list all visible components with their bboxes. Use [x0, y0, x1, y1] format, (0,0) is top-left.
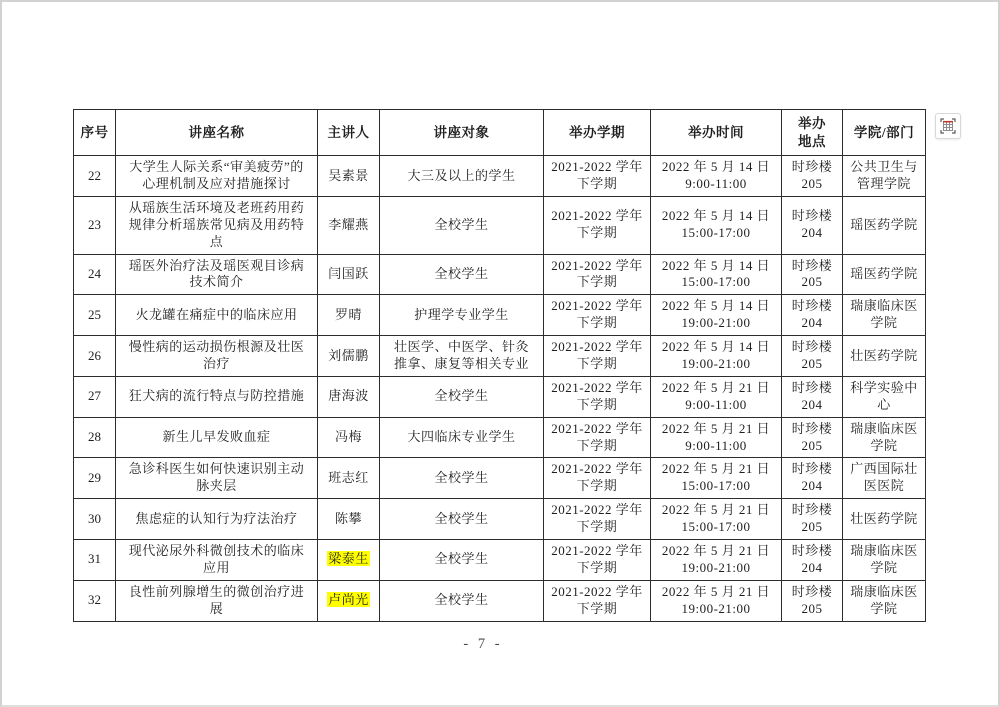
- speaker-name: 梁泰生: [327, 551, 370, 566]
- cell-semester: 2021-2022 学年 下学期: [544, 458, 651, 499]
- cell-time: 2022 年 5 月 14 日 15:00-17:00: [651, 254, 782, 295]
- header-time: 举办时间: [651, 110, 782, 156]
- header-semester: 举办学期: [544, 110, 651, 156]
- cell-speaker: 梁泰生: [318, 540, 380, 581]
- cell-speaker: 唐海波: [318, 376, 380, 417]
- cell-college: 广西国际壮 医医院: [843, 458, 926, 499]
- cell-time: 2022 年 5 月 21 日 15:00-17:00: [651, 458, 782, 499]
- cell-no: 31: [74, 540, 116, 581]
- cell-title: 急诊科医生如何快速识别主动 脉夹层: [116, 458, 318, 499]
- speaker-name: 卢尚光: [327, 592, 370, 607]
- cell-location: 时珍楼 205: [782, 417, 843, 458]
- document-page: 序号 讲座名称 主讲人 讲座对象 举办学期 举办时间 举办 地点 学院/部门 2…: [0, 0, 1000, 707]
- table-row: 22大学生人际关系“审美疲劳”的 心理机制及应对措施探讨吴素景大三及以上的学生2…: [74, 156, 926, 197]
- header-row: 序号 讲座名称 主讲人 讲座对象 举办学期 举办时间 举办 地点 学院/部门: [74, 110, 926, 156]
- cell-audience: 全校学生: [380, 254, 544, 295]
- header-college: 学院/部门: [843, 110, 926, 156]
- cell-location: 时珍楼 205: [782, 156, 843, 197]
- cell-time: 2022 年 5 月 21 日 19:00-21:00: [651, 540, 782, 581]
- header-no: 序号: [74, 110, 116, 156]
- cell-audience: 护理学专业学生: [380, 295, 544, 336]
- cell-audience: 全校学生: [380, 196, 544, 254]
- cell-no: 32: [74, 580, 116, 621]
- cell-college: 壮医药学院: [843, 336, 926, 377]
- header-title: 讲座名称: [116, 110, 318, 156]
- cell-no: 24: [74, 254, 116, 295]
- cell-speaker: 卢尚光: [318, 580, 380, 621]
- table-row: 25火龙罐在痛症中的临床应用罗晴护理学专业学生2021-2022 学年 下学期2…: [74, 295, 926, 336]
- cell-title: 焦虑症的认知行为疗法治疗: [116, 499, 318, 540]
- cell-location: 时珍楼 204: [782, 196, 843, 254]
- cell-location: 时珍楼 205: [782, 254, 843, 295]
- table-row: 24瑶医外治疗法及瑶医观目诊病 技术简介闫国跃全校学生2021-2022 学年 …: [74, 254, 926, 295]
- cell-location: 时珍楼 205: [782, 580, 843, 621]
- cell-college: 壮医药学院: [843, 499, 926, 540]
- table-row: 29急诊科医生如何快速识别主动 脉夹层班志红全校学生2021-2022 学年 下…: [74, 458, 926, 499]
- cell-title: 大学生人际关系“审美疲劳”的 心理机制及应对措施探讨: [116, 156, 318, 197]
- cell-college: 科学实验中 心: [843, 376, 926, 417]
- cell-location: 时珍楼 204: [782, 540, 843, 581]
- table-row: 30焦虑症的认知行为疗法治疗陈攀全校学生2021-2022 学年 下学期2022…: [74, 499, 926, 540]
- lecture-table-body: 22大学生人际关系“审美疲劳”的 心理机制及应对措施探讨吴素景大三及以上的学生2…: [74, 156, 926, 621]
- cell-audience: 全校学生: [380, 540, 544, 581]
- cell-no: 30: [74, 499, 116, 540]
- cell-semester: 2021-2022 学年 下学期: [544, 376, 651, 417]
- cell-time: 2022 年 5 月 21 日 19:00-21:00: [651, 580, 782, 621]
- cell-college: 瑶医药学院: [843, 196, 926, 254]
- page-number: - 7 -: [2, 636, 964, 653]
- cell-audience: 全校学生: [380, 580, 544, 621]
- cell-speaker: 班志红: [318, 458, 380, 499]
- cell-semester: 2021-2022 学年 下学期: [544, 156, 651, 197]
- header-speaker: 主讲人: [318, 110, 380, 156]
- cell-speaker: 李耀燕: [318, 196, 380, 254]
- speaker-name: 陈攀: [335, 511, 362, 526]
- cell-semester: 2021-2022 学年 下学期: [544, 254, 651, 295]
- table-grid-icon: [940, 118, 956, 134]
- cell-title: 良性前列腺增生的微创治疗进 展: [116, 580, 318, 621]
- speaker-name: 刘儒鹏: [328, 348, 369, 363]
- table-row: 32良性前列腺增生的微创治疗进 展卢尚光全校学生2021-2022 学年 下学期…: [74, 580, 926, 621]
- cell-college: 瑞康临床医 学院: [843, 295, 926, 336]
- cell-semester: 2021-2022 学年 下学期: [544, 580, 651, 621]
- speaker-name: 闫国跃: [328, 266, 369, 281]
- cell-title: 从瑶族生活环境及老班药用药 规律分析瑶族常见病及用药特 点: [116, 196, 318, 254]
- cell-location: 时珍楼 205: [782, 336, 843, 377]
- speaker-name: 罗晴: [335, 307, 362, 322]
- cell-semester: 2021-2022 学年 下学期: [544, 417, 651, 458]
- cell-college: 瑞康临床医 学院: [843, 580, 926, 621]
- cell-time: 2022 年 5 月 14 日 19:00-21:00: [651, 295, 782, 336]
- cell-semester: 2021-2022 学年 下学期: [544, 499, 651, 540]
- table-row: 23从瑶族生活环境及老班药用药 规律分析瑶族常见病及用药特 点李耀燕全校学生20…: [74, 196, 926, 254]
- cell-no: 25: [74, 295, 116, 336]
- cell-location: 时珍楼 205: [782, 499, 843, 540]
- cell-location: 时珍楼 204: [782, 295, 843, 336]
- cell-no: 29: [74, 458, 116, 499]
- cell-location: 时珍楼 204: [782, 376, 843, 417]
- cell-no: 27: [74, 376, 116, 417]
- cell-college: 瑶医药学院: [843, 254, 926, 295]
- cell-no: 26: [74, 336, 116, 377]
- cell-no: 28: [74, 417, 116, 458]
- cell-title: 新生儿早发败血症: [116, 417, 318, 458]
- cell-title: 狂犬病的流行特点与防控措施: [116, 376, 318, 417]
- cell-semester: 2021-2022 学年 下学期: [544, 295, 651, 336]
- cell-no: 23: [74, 196, 116, 254]
- cell-speaker: 冯梅: [318, 417, 380, 458]
- table-row: 28新生儿早发败血症冯梅大四临床专业学生2021-2022 学年 下学期2022…: [74, 417, 926, 458]
- cell-speaker: 罗晴: [318, 295, 380, 336]
- speaker-name: 唐海波: [328, 388, 369, 403]
- cell-time: 2022 年 5 月 21 日 9:00-11:00: [651, 417, 782, 458]
- cell-college: 瑞康临床医 学院: [843, 540, 926, 581]
- cell-semester: 2021-2022 学年 下学期: [544, 540, 651, 581]
- table-row: 26慢性病的运动损伤根源及壮医 治疗刘儒鹏壮医学、中医学、针灸 推拿、康复等相关…: [74, 336, 926, 377]
- cell-audience: 全校学生: [380, 499, 544, 540]
- cell-audience: 大四临床专业学生: [380, 417, 544, 458]
- cell-audience: 全校学生: [380, 376, 544, 417]
- speaker-name: 班志红: [328, 470, 369, 485]
- cell-title: 现代泌尿外科微创技术的临床 应用: [116, 540, 318, 581]
- header-audience: 讲座对象: [380, 110, 544, 156]
- cell-title: 火龙罐在痛症中的临床应用: [116, 295, 318, 336]
- cell-no: 22: [74, 156, 116, 197]
- cell-semester: 2021-2022 学年 下学期: [544, 336, 651, 377]
- lecture-table: 序号 讲座名称 主讲人 讲座对象 举办学期 举办时间 举办 地点 学院/部门 2…: [73, 109, 926, 622]
- cell-location: 时珍楼 204: [782, 458, 843, 499]
- header-location: 举办 地点: [782, 110, 843, 156]
- cell-speaker: 吴素景: [318, 156, 380, 197]
- speaker-name: 吴素景: [328, 168, 369, 183]
- table-row: 31现代泌尿外科微创技术的临床 应用梁泰生全校学生2021-2022 学年 下学…: [74, 540, 926, 581]
- cell-title: 慢性病的运动损伤根源及壮医 治疗: [116, 336, 318, 377]
- cell-time: 2022 年 5 月 21 日 9:00-11:00: [651, 376, 782, 417]
- cell-college: 公共卫生与 管理学院: [843, 156, 926, 197]
- cell-title: 瑶医外治疗法及瑶医观目诊病 技术简介: [116, 254, 318, 295]
- cell-audience: 壮医学、中医学、针灸 推拿、康复等相关专业: [380, 336, 544, 377]
- cell-audience: 大三及以上的学生: [380, 156, 544, 197]
- cell-time: 2022 年 5 月 14 日 15:00-17:00: [651, 196, 782, 254]
- cell-semester: 2021-2022 学年 下学期: [544, 196, 651, 254]
- speaker-name: 李耀燕: [328, 217, 369, 232]
- cell-audience: 全校学生: [380, 458, 544, 499]
- cell-time: 2022 年 5 月 14 日 19:00-21:00: [651, 336, 782, 377]
- speaker-name: 冯梅: [335, 429, 362, 444]
- cell-time: 2022 年 5 月 14 日 9:00-11:00: [651, 156, 782, 197]
- table-tool-button[interactable]: [935, 113, 961, 139]
- table-row: 27狂犬病的流行特点与防控措施唐海波全校学生2021-2022 学年 下学期20…: [74, 376, 926, 417]
- cell-time: 2022 年 5 月 21 日 15:00-17:00: [651, 499, 782, 540]
- cell-speaker: 闫国跃: [318, 254, 380, 295]
- cell-speaker: 陈攀: [318, 499, 380, 540]
- cell-college: 瑞康临床医 学院: [843, 417, 926, 458]
- cell-speaker: 刘儒鹏: [318, 336, 380, 377]
